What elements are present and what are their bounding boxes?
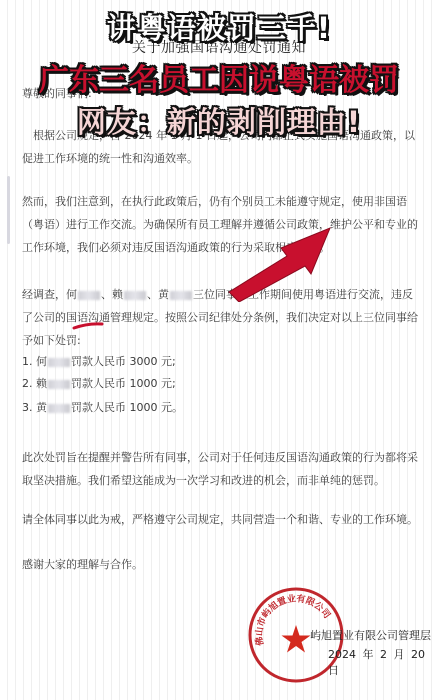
paragraph-violation: 然而，我们注意到，在执行此政策后，仍有个别员工未能遵守规定，使用非国语（粤语）进… [22,190,420,259]
penalty-text: 罚款人民币 1000 元。 [71,401,183,414]
penalty-text: 罚款人民币 3000 元; [71,355,176,368]
headline-caption-3: 网友：新的剥削理由! [0,100,438,141]
penalty-item-1: 1. 何罚款人民币 3000 元; [22,352,176,372]
penalty-item-2: 2. 赖罚款人民币 1000 元; [22,374,176,394]
closing-line: 感谢大家的理解与合作。 [22,553,420,576]
investigation-prefix: 经调查，何 [22,288,77,301]
headline-caption-2: 广东三名员工因说粤语被罚 [0,55,438,99]
penalty-surname: 赖 [36,377,47,390]
paragraph-purpose: 此次处罚旨在提醒并警告所有同事，公司对于任何违反国语沟通政策的行为都将采取坚决措… [22,446,420,492]
redacted-name [48,380,70,389]
investigation-sep-1: 、赖 [101,288,123,301]
paragraph-appeal: 请全体同事以此为戒，严格遵守公司规定，共同营造一个和谐、专业的工作环境。 [22,508,420,531]
paragraph-investigation: 经调查，何、赖、黄三位同事在工作期间使用粤语进行交流，违反了公司的国语沟通管理规… [22,283,420,352]
red-arrow-icon [225,222,335,302]
penalty-index: 2. [22,377,33,390]
redacted-name [124,291,146,300]
penalty-index: 3. [22,401,33,414]
redacted-name [48,358,70,367]
redacted-name [78,291,100,300]
investigation-sep-2: 、黄 [147,288,169,301]
red-underline-mark [72,322,104,330]
penalty-item-3: 3. 黄罚款人民币 1000 元。 [22,398,183,418]
redacted-name [48,404,70,413]
penalty-surname: 黄 [36,401,47,414]
signature-date: 2024 年 2 月 20 日 [328,646,438,678]
penalty-surname: 何 [36,355,47,368]
penalty-index: 1. [22,355,33,368]
signature-issuer: 屿旭置业有限公司管理层 [310,627,431,643]
headline-caption-1: 讲粤语被罚三千! [0,6,438,47]
penalty-text: 罚款人民币 1000 元; [71,377,176,390]
redacted-name [170,291,192,300]
